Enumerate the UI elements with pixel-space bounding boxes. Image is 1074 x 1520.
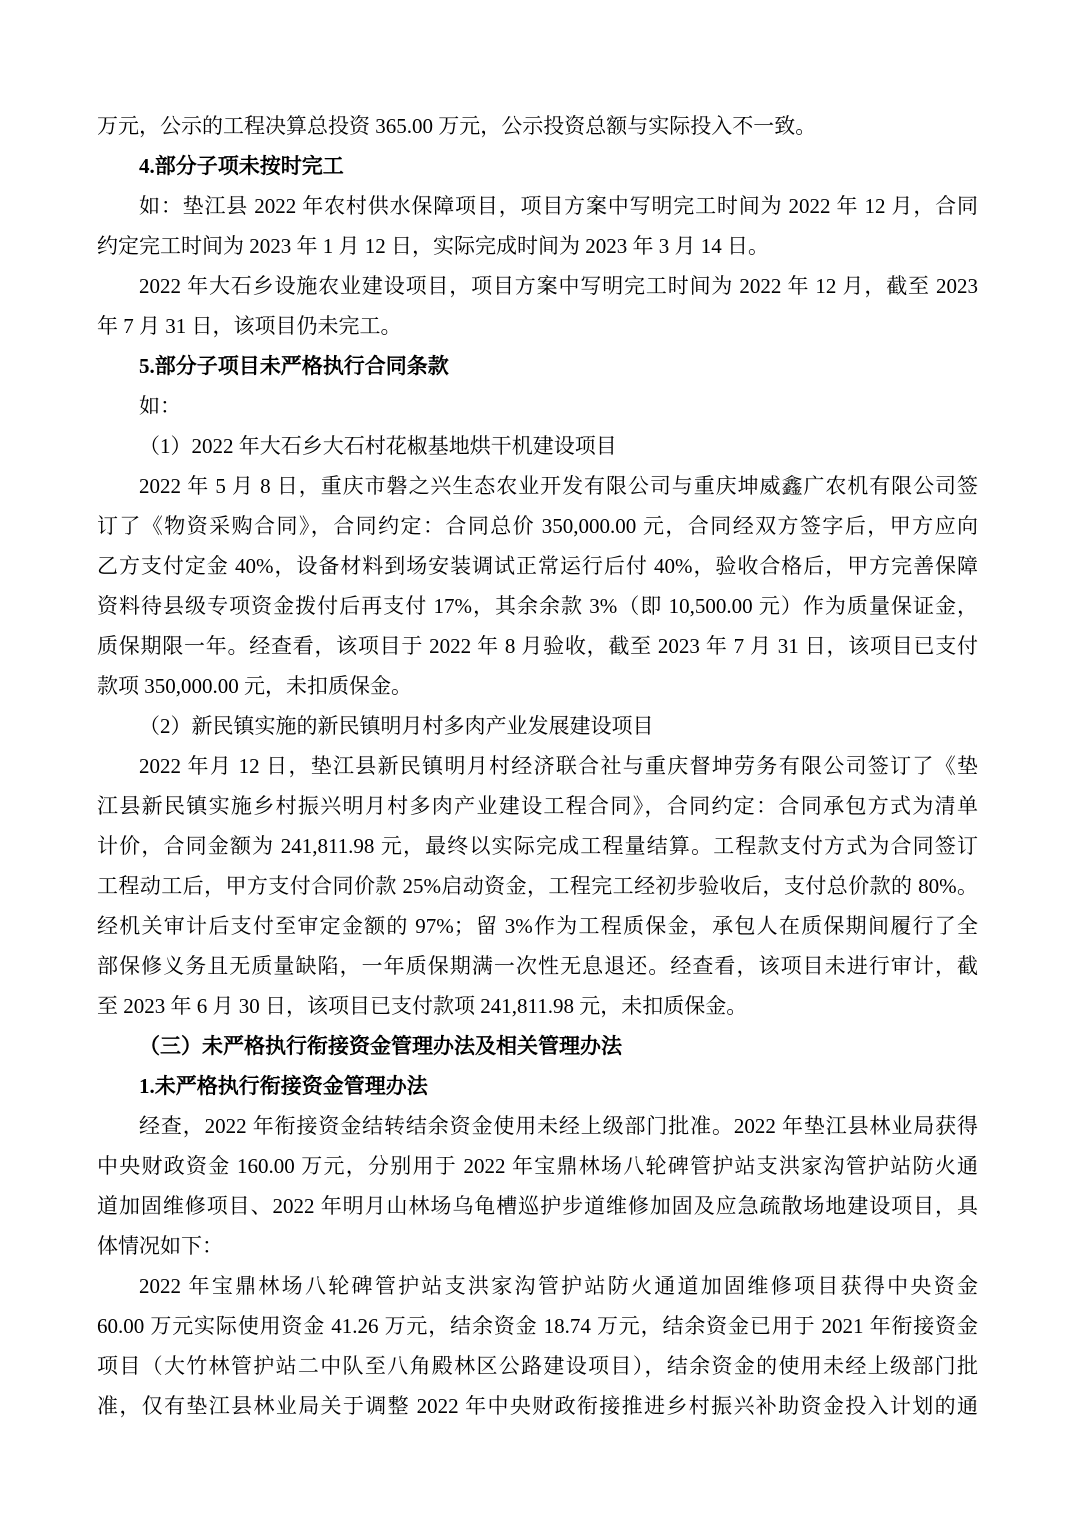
text-line: 款项 350,000.00 元，未扣质保金。 [97, 666, 978, 706]
para-carryover-investment: 万元，公示的工程决算总投资 365.00 万元，公示投资总额与实际投入不一致。 [97, 106, 978, 146]
text-line: 2022 年大石乡设施农业建设项目，项目方案中写明完工时间为 2022 年 12… [97, 266, 978, 306]
text-line: 年 7 月 31 日，该项目仍未完工。 [97, 306, 978, 346]
text-line: 约定完工时间为 2023 年 1 月 12 日，实际完成时间为 2023 年 3… [97, 226, 978, 266]
text-line: 60.00 万元实际使用资金 41.26 万元，结余资金 18.74 万元，结余… [97, 1306, 978, 1346]
heading-item4-overdue-completion: 4.部分子项未按时完工 [97, 146, 978, 186]
text-line: 订了《物资采购合同》，合同约定：合同总价 350,000.00 元，合同经双方签… [97, 506, 978, 546]
heading-sub1-fund-management: 1.未严格执行衔接资金管理办法 [97, 1066, 978, 1106]
text-line: 中央财政资金 160.00 万元，分别用于 2022 年宝鼎林场八轮碑管护站支洪… [97, 1146, 978, 1186]
page-content: 万元，公示的工程决算总投资 365.00 万元，公示投资总额与实际投入不一致。4… [97, 106, 978, 1426]
para-example1-title: （1）2022 年大石乡大石村花椒基地烘干机建设项目 [97, 426, 978, 466]
text-line: 准，仅有垫江县林业局关于调整 2022 年中央财政衔接推进乡村振兴补助资金投入计… [97, 1386, 978, 1426]
para-forestry-fund-detail: 2022 年宝鼎林场八轮碑管护站支洪家沟管护站防火通道加固维修项目获得中央资金6… [97, 1266, 978, 1426]
text-line: 工程动工后，甲方支付合同价款 25%启动资金，工程完工经初步验收后，支付总价款的… [97, 866, 978, 906]
text-line: 江县新民镇实施乡村振兴明月村多肉产业建设工程合同》，合同约定：合同承包方式为清单 [97, 786, 978, 826]
text-line: 部保修义务且无质量缺陷，一年质保期满一次性无息退还。经查看，该项目未进行审计，截 [97, 946, 978, 986]
para-example1-detail: 2022 年 5 月 8 日，重庆市磐之兴生态农业开发有限公司与重庆坤威鑫广农机… [97, 466, 978, 706]
para-water-supply-project: 如：垫江县 2022 年农村供水保障项目，项目方案中写明完工时间为 2022 年… [97, 186, 978, 266]
heading-item5-contract-terms: 5.部分子项目未严格执行合同条款 [97, 346, 978, 386]
text-line: 项目（大竹林管护站二中队至八角殿林区公路建设项目），结余资金的使用未经上级部门批 [97, 1346, 978, 1386]
text-line: （2）新民镇实施的新民镇明月村多肉产业发展建设项目 [97, 706, 978, 746]
para-for-example: 如： [97, 386, 978, 426]
text-line: 至 2023 年 6 月 30 日，该项目已支付款项 241,811.98 元，… [97, 986, 978, 1026]
heading-section3-fund-management: （三）未严格执行衔接资金管理办法及相关管理办法 [97, 1026, 978, 1066]
text-line: 计价，合同金额为 241,811.98 元，最终以实际完成工程量结算。工程款支付… [97, 826, 978, 866]
text-line: 如：垫江县 2022 年农村供水保障项目，项目方案中写明完工时间为 2022 年… [97, 186, 978, 226]
text-line: 2022 年月 12 日，垫江县新民镇明月村经济联合社与重庆督坤劳务有限公司签订… [97, 746, 978, 786]
text-line: 经查，2022 年衔接资金结转结余资金使用未经上级部门批准。2022 年垫江县林… [97, 1106, 978, 1146]
heading-line: 1.未严格执行衔接资金管理办法 [97, 1066, 978, 1106]
text-line: 万元，公示的工程决算总投资 365.00 万元，公示投资总额与实际投入不一致。 [97, 106, 978, 146]
para-example2-title: （2）新民镇实施的新民镇明月村多肉产业发展建设项目 [97, 706, 978, 746]
para-example2-detail: 2022 年月 12 日，垫江县新民镇明月村经济联合社与重庆督坤劳务有限公司签订… [97, 746, 978, 1026]
text-line: （1）2022 年大石乡大石村花椒基地烘干机建设项目 [97, 426, 978, 466]
text-line: 2022 年 5 月 8 日，重庆市磐之兴生态农业开发有限公司与重庆坤威鑫广农机… [97, 466, 978, 506]
text-line: 质保期限一年。经查看，该项目于 2022 年 8 月验收，截至 2023 年 7… [97, 626, 978, 666]
text-line: 体情况如下： [97, 1226, 978, 1266]
text-line: 道加固维修项目、2022 年明月山林场乌龟槽巡护步道维修加固及应急疏散场地建设项… [97, 1186, 978, 1226]
heading-line: 5.部分子项目未严格执行合同条款 [97, 346, 978, 386]
text-line: 资料待县级专项资金拨付后再支付 17%，其余余款 3%（即 10,500.00 … [97, 586, 978, 626]
heading-line: 4.部分子项未按时完工 [97, 146, 978, 186]
text-line: 乙方支付定金 40%，设备材料到场安装调试正常运行后付 40%，验收合格后，甲方… [97, 546, 978, 586]
text-line: 经机关审计后支付至审定金额的 97%；留 3%作为工程质保金，承包人在质保期间履… [97, 906, 978, 946]
para-forestry-fund-overview: 经查，2022 年衔接资金结转结余资金使用未经上级部门批准。2022 年垫江县林… [97, 1106, 978, 1266]
text-line: 2022 年宝鼎林场八轮碑管护站支洪家沟管护站防火通道加固维修项目获得中央资金 [97, 1266, 978, 1306]
text-line: 如： [97, 386, 978, 426]
heading-line: （三）未严格执行衔接资金管理办法及相关管理办法 [97, 1026, 978, 1066]
para-dashixiang-agriculture-project: 2022 年大石乡设施农业建设项目，项目方案中写明完工时间为 2022 年 12… [97, 266, 978, 346]
document-page: 万元，公示的工程决算总投资 365.00 万元，公示投资总额与实际投入不一致。4… [0, 0, 1074, 1520]
